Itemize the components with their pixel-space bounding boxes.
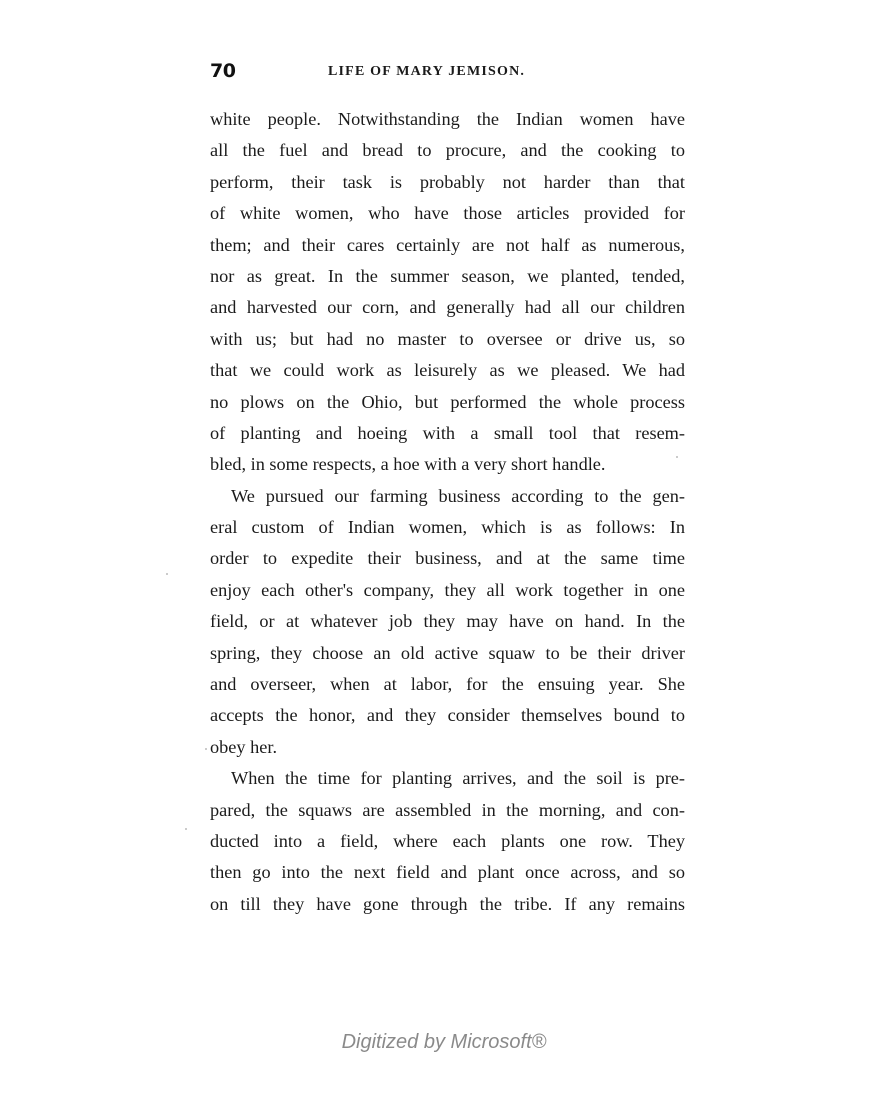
text-line: white people. Notwithstanding the Indian…: [210, 104, 685, 135]
body-text: white people. Notwithstanding the Indian…: [210, 104, 685, 920]
book-page: 70 LIFE OF MARY JEMISON. white people. N…: [0, 0, 888, 1102]
text-line: of white women, who have those articles …: [210, 198, 685, 229]
text-line: obey her.: [210, 732, 685, 763]
digitization-watermark: Digitized by Microsoft®: [0, 1031, 888, 1054]
page-number: 70: [210, 60, 235, 82]
scan-speck: [185, 828, 187, 830]
text-line: eral custom of Indian women, which is as…: [210, 512, 685, 543]
text-line: on till they have gone through the tribe…: [210, 889, 685, 920]
text-line: We pursued our farming business accordin…: [210, 481, 685, 512]
text-line: and harvested our corn, and generally ha…: [210, 292, 685, 323]
scan-speck: [166, 573, 168, 575]
text-line: pared, the squaws are assembled in the m…: [210, 795, 685, 826]
text-line: bled, in some respects, a hoe with a ver…: [210, 449, 685, 480]
scan-speck: [676, 456, 678, 458]
text-line: accepts the honor, and they consider the…: [210, 700, 685, 731]
text-line: field, or at whatever job they may have …: [210, 606, 685, 637]
text-line: When the time for planting arrives, and …: [210, 763, 685, 794]
running-head: 70 LIFE OF MARY JEMISON.: [210, 60, 685, 90]
running-title: LIFE OF MARY JEMISON.: [328, 64, 525, 80]
text-line: order to expedite their business, and at…: [210, 543, 685, 574]
text-line: with us; but had no master to oversee or…: [210, 324, 685, 355]
text-line: all the fuel and bread to procure, and t…: [210, 135, 685, 166]
text-line: of planting and hoeing with a small tool…: [210, 418, 685, 449]
text-line: no plows on the Ohio, but performed the …: [210, 387, 685, 418]
scan-speck: [205, 748, 207, 750]
text-line: perform, their task is probably not hard…: [210, 167, 685, 198]
paragraph: We pursued our farming business accordin…: [210, 481, 685, 764]
paragraph: white people. Notwithstanding the Indian…: [210, 104, 685, 481]
text-line: then go into the next field and plant on…: [210, 857, 685, 888]
text-line: nor as great. In the summer season, we p…: [210, 261, 685, 292]
paragraph: When the time for planting arrives, and …: [210, 763, 685, 920]
text-line: that we could work as leisurely as we pl…: [210, 355, 685, 386]
text-line: and overseer, when at labor, for the ens…: [210, 669, 685, 700]
text-line: enjoy each other's company, they all wor…: [210, 575, 685, 606]
text-line: them; and their cares certainly are not …: [210, 230, 685, 261]
text-line: spring, they choose an old active squaw …: [210, 638, 685, 669]
text-line: ducted into a field, where each plants o…: [210, 826, 685, 857]
